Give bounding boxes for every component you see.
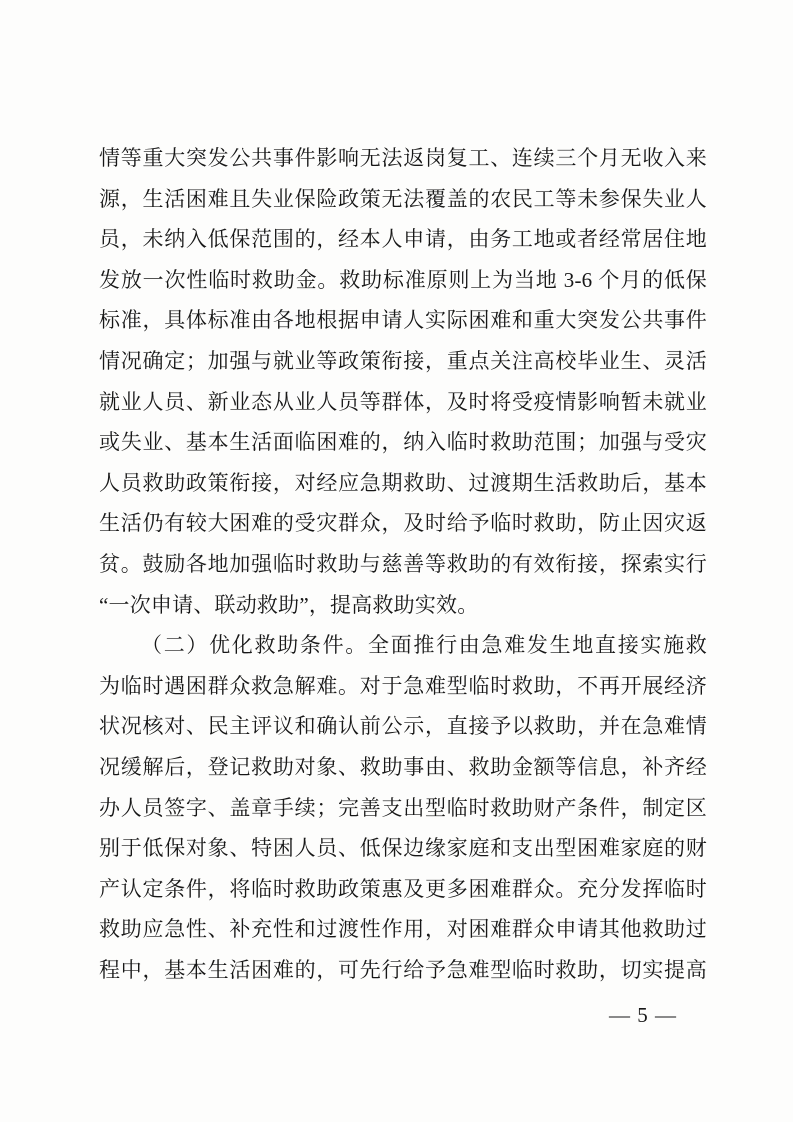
document-page: 情等重大突发公共事件影响无法返岗复工、连续三个月无收入来源，生活困难且失业保险政… [0,0,793,1122]
text-line: 办人员签字、盖章手续；完善支出型临时救助财产条件，制定区 [99,788,707,829]
text-line: 状况核对、民主评议和确认前公示，直接予以救助，并在急难情 [99,706,707,747]
text-line: 发放一次性临时救助金。救助标准原则上为当地 3-6 个月的低保 [99,260,707,301]
text-line: 人员救助政策衔接，对经应急期救助、过渡期生活救助后，基本 [99,463,707,504]
page-number-label: — 5 — [609,1003,677,1027]
text-line: 情等重大突发公共事件影响无法返岗复工、连续三个月无收入来 [99,138,707,179]
text-line: 生活仍有较大困难的受灾群众，及时给予临时救助，防止因灾返 [99,503,707,544]
text-line: 员，未纳入低保范围的，经本人申请，由务工地或者经常居住地 [99,219,707,260]
text-line: 或失业、基本生活面临困难的，纳入临时救助范围；加强与受灾 [99,422,707,463]
text-line: 况缓解后，登记救助对象、救助事由、救助金额等信息，补齐经 [99,747,707,788]
text-line: 程中，基本生活困难的，可先行给予急难型临时救助，切实提高 [99,950,707,991]
text-line: 情况确定；加强与就业等政策衔接，重点关注高校毕业生、灵活 [99,341,707,382]
text-line: 救助应急性、补充性和过渡性作用，对困难群众申请其他救助过 [99,909,707,950]
text-line: 源，生活困难且失业保险政策无法覆盖的农民工等未参保失业人 [99,179,707,220]
text-line: 就业人员、新业态从业人员等群体，及时将受疫情影响暂未就业 [99,382,707,423]
text-line: （二）优化救助条件。全面推行由急难发生地直接实施救助， [99,625,707,666]
text-line: 标准，具体标准由各地根据申请人实际困难和重大突发公共事件 [99,300,707,341]
page-number: — 5 — [609,1000,677,1030]
text-line: “一次申请、联动救助”，提高救助实效。 [99,585,707,626]
text-line: 为临时遇困群众救急解难。对于急难型临时救助，不再开展经济 [99,666,707,707]
text-line: 别于低保对象、特困人员、低保边缘家庭和支出型困难家庭的财 [99,828,707,869]
text-line: 产认定条件，将临时救助政策惠及更多困难群众。充分发挥临时 [99,869,707,910]
body-text-block: 情等重大突发公共事件影响无法返岗复工、连续三个月无收入来源，生活困难且失业保险政… [99,138,707,990]
text-line: 贫。鼓励各地加强临时救助与慈善等救助的有效衔接，探索实行 [99,544,707,585]
